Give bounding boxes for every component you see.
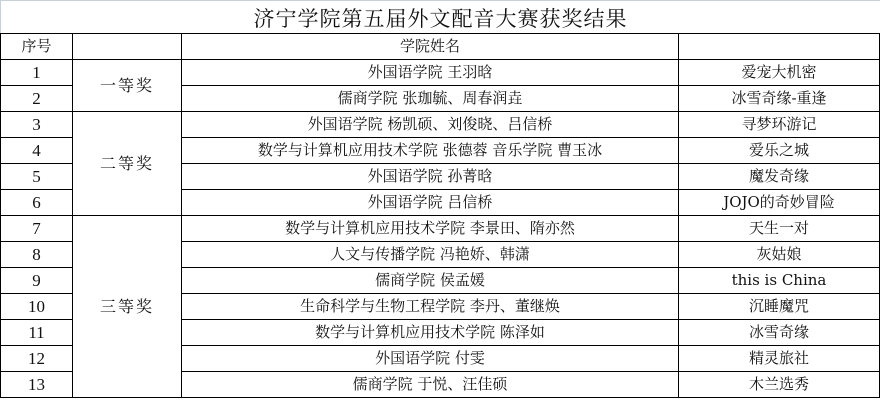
row-college-names: 数学与计算机应用技术学院 张德蓉 音乐学院 曹玉冰 <box>182 138 679 164</box>
row-index: 13 <box>1 372 73 398</box>
row-index: 1 <box>1 60 73 86</box>
row-index: 12 <box>1 346 73 372</box>
row-index: 3 <box>1 112 73 138</box>
row-index: 10 <box>1 294 73 320</box>
row-index: 2 <box>1 86 73 112</box>
row-index: 5 <box>1 164 73 190</box>
header-college-names: 学院姓名 <box>182 34 679 60</box>
table-row: 7 三等奖 数学与计算机应用技术学院 李景田、隋亦然 天生一对 <box>1 216 880 242</box>
row-work: 冰雪奇缘 <box>679 320 880 346</box>
row-college-names: 外国语学院 付雯 <box>182 346 679 372</box>
award-level: 三等奖 <box>73 216 182 398</box>
table-row: 3 二等奖 外国语学院 杨凯硕、刘俊晓、吕信桥 寻梦环游记 <box>1 112 880 138</box>
row-college-names: 儒商学院 张珈毓、周春润垚 <box>182 86 679 112</box>
header-work <box>679 34 880 60</box>
row-college-names: 外国语学院 杨凯硕、刘俊晓、吕信桥 <box>182 112 679 138</box>
row-work: 沉睡魔咒 <box>679 294 880 320</box>
row-index: 6 <box>1 190 73 216</box>
row-college-names: 生命科学与生物工程学院 李丹、董继焕 <box>182 294 679 320</box>
row-index: 11 <box>1 320 73 346</box>
award-level: 一等奖 <box>73 60 182 112</box>
document-title: 济宁学院第五届外文配音大赛获奖结果 <box>0 0 880 33</box>
row-work: 魔发奇缘 <box>679 164 880 190</box>
row-work: 精灵旅社 <box>679 346 880 372</box>
row-work: 木兰选秀 <box>679 372 880 398</box>
row-work: this is China <box>679 268 880 294</box>
awards-table: 序号 学院姓名 1 一等奖 外国语学院 王羽晗 爱宠大机密 2 儒商学院 张珈毓… <box>0 33 880 398</box>
header-row: 序号 学院姓名 <box>1 34 880 60</box>
row-college-names: 外国语学院 王羽晗 <box>182 60 679 86</box>
row-work: 天生一对 <box>679 216 880 242</box>
row-work: JOJO的奇妙冒险 <box>679 190 880 216</box>
row-work: 爱宠大机密 <box>679 60 880 86</box>
row-work: 爱乐之城 <box>679 138 880 164</box>
row-index: 8 <box>1 242 73 268</box>
header-index: 序号 <box>1 34 73 60</box>
row-college-names: 儒商学院 侯孟媛 <box>182 268 679 294</box>
row-index: 7 <box>1 216 73 242</box>
header-award <box>73 34 182 60</box>
row-college-names: 外国语学院 吕信桥 <box>182 190 679 216</box>
row-index: 9 <box>1 268 73 294</box>
row-work: 寻梦环游记 <box>679 112 880 138</box>
row-index: 4 <box>1 138 73 164</box>
row-college-names: 数学与计算机应用技术学院 李景田、隋亦然 <box>182 216 679 242</box>
row-college-names: 外国语学院 孙菁晗 <box>182 164 679 190</box>
row-college-names: 数学与计算机应用技术学院 陈泽如 <box>182 320 679 346</box>
row-work: 冰雪奇缘-重逢 <box>679 86 880 112</box>
table-row: 1 一等奖 外国语学院 王羽晗 爱宠大机密 <box>1 60 880 86</box>
award-level: 二等奖 <box>73 112 182 216</box>
row-college-names: 儒商学院 于悦、汪佳硕 <box>182 372 679 398</box>
row-college-names: 人文与传播学院 冯艳娇、韩潇 <box>182 242 679 268</box>
row-work: 灰姑娘 <box>679 242 880 268</box>
